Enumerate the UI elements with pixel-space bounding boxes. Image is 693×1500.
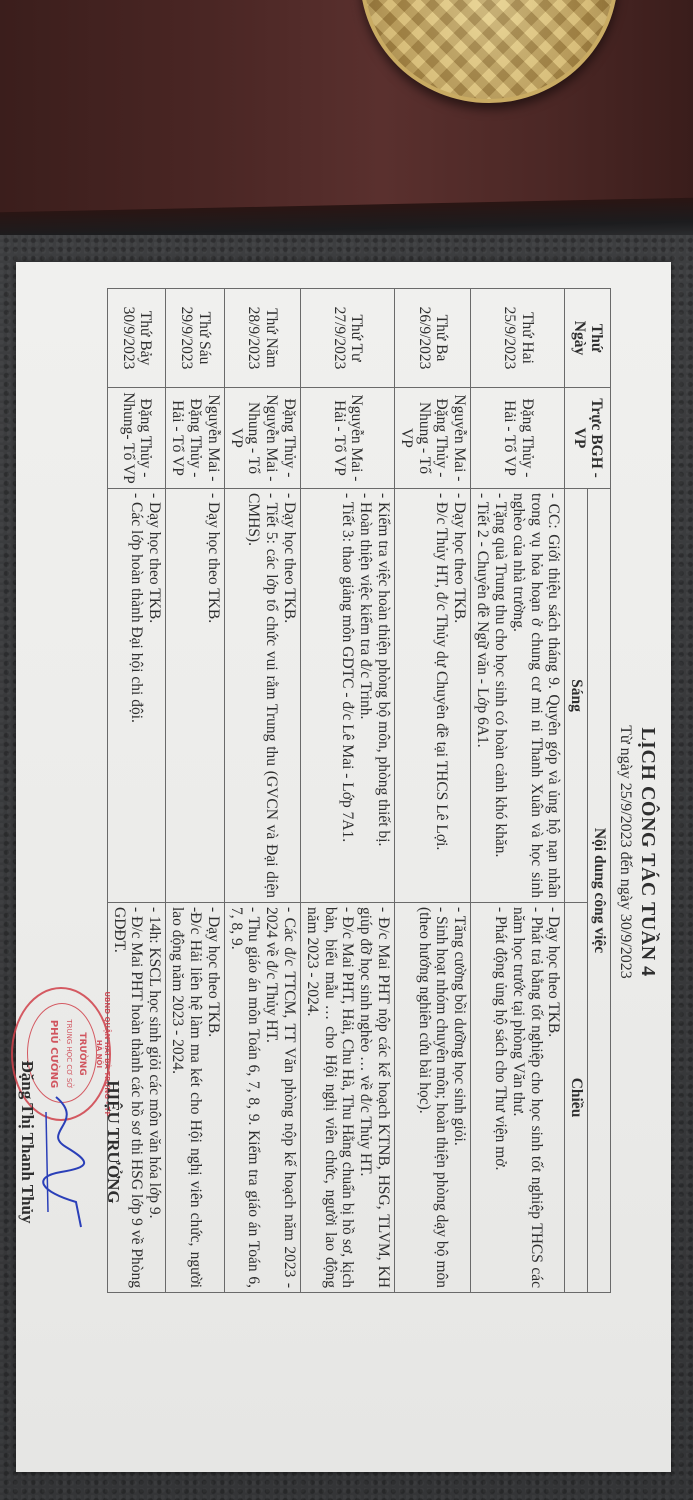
cell-duty: Đặng Thủy - Nhung- Tổ VP bbox=[107, 388, 165, 489]
cell-afternoon: - Đ/c Mai PHT nộp các kế hoạch KTNB, HSG… bbox=[301, 903, 395, 1293]
cell-day: Thứ Hai25/9/2023 bbox=[471, 289, 565, 388]
task-line: - Thu giáo án môn Toán 6, 7, 8, 9. Kiểm … bbox=[227, 907, 263, 1288]
paper-document-wrapper: LỊCH CÔNG TÁC TUẦN 4 Từ ngày 25/9/2023 đ… bbox=[16, 262, 671, 1472]
task-line: - Dạy học theo TKB. bbox=[204, 493, 222, 898]
day-date: 28/9/2023 bbox=[245, 293, 263, 383]
table-row: Thứ Sáu29/9/2023Nguyễn Mai - Đặng Thủy -… bbox=[166, 289, 224, 1293]
day-date: 26/9/2023 bbox=[415, 293, 433, 383]
task-line: - Tặng quà Trung thu cho học sinh có hoà… bbox=[491, 493, 509, 898]
cell-afternoon: - Dạy học theo TKB.-Đ/c Hải liên hệ làm … bbox=[166, 903, 224, 1293]
header-afternoon: Chiều bbox=[565, 903, 588, 1293]
signature-block: HIỆU TRƯỞNG Đặng Thị Thanh Thủy bbox=[17, 1012, 123, 1272]
task-line: - Dạy học theo TKB. bbox=[451, 493, 469, 898]
cell-morning: - Dạy học theo TKB.- Tiết 5: các lớp tổ … bbox=[224, 489, 300, 903]
cell-duty: Nguyễn Mai - Hải - Tổ VP bbox=[301, 388, 395, 489]
task-line: - 14h: KSCL học sinh giỏi các môn văn hó… bbox=[146, 907, 164, 1288]
title-block: LỊCH CÔNG TÁC TUẦN 4 Từ ngày 25/9/2023 đ… bbox=[616, 592, 659, 1112]
day-name: Thứ Tư bbox=[348, 293, 366, 383]
cell-duty: Nguyễn Mai - Đặng Thủy - Hải - Tổ VP bbox=[166, 388, 224, 489]
document-title: LỊCH CÔNG TÁC TUẦN 4 bbox=[636, 592, 659, 1112]
cell-day: Thứ Sáu29/9/2023 bbox=[166, 289, 224, 388]
task-line: - Phát động ủng hộ sách cho Thư viện mở. bbox=[491, 907, 509, 1288]
task-line: - CC: Giới thiệu sách tháng 9. Quyên góp… bbox=[509, 493, 562, 898]
task-line: - Dạy học theo TKB. bbox=[204, 907, 222, 1288]
day-date: 25/9/2023 bbox=[500, 293, 518, 383]
header-morning: Sáng bbox=[565, 489, 588, 903]
day-name: Thứ Sáu bbox=[195, 293, 213, 383]
task-line: - Tiết 3: thao giảng môn GDTC - đ/c Lê M… bbox=[339, 493, 357, 898]
task-line: -Đ/c Hải liên hệ làm ma két cho Hội nghị… bbox=[168, 907, 204, 1288]
day-date: 27/9/2023 bbox=[330, 293, 348, 383]
task-line: - Dạy học theo TKB. bbox=[146, 493, 164, 898]
task-line: - Hoàn thiện việc kiểm tra đ/c Trinh. bbox=[356, 493, 374, 898]
table-row: Thứ Tư27/9/2023Nguyễn Mai - Hải - Tổ VP-… bbox=[301, 289, 395, 1293]
signer-role: HIỆU TRƯỞNG bbox=[103, 1012, 123, 1272]
day-name: Thứ Bảy bbox=[137, 293, 155, 383]
day-date: 30/9/2023 bbox=[119, 293, 137, 383]
header-day-line2: Ngày bbox=[570, 293, 588, 383]
day-name: Thứ Hai bbox=[518, 293, 536, 383]
task-line: - Đ/c Thủy HT, đ/c Thủy dự Chuyên đề tại… bbox=[433, 493, 451, 898]
cell-duty: Đặng Thủy - Nguyễn Mai - Nhung - Tổ VP bbox=[224, 388, 300, 489]
table-header-row: Thứ Ngày Trực BGH - VP Nội dung công việ… bbox=[588, 289, 611, 1293]
cell-day: Thứ Tư27/9/2023 bbox=[301, 289, 395, 388]
schedule-body: Thứ Hai25/9/2023Đặng Thủy - Hải - Tổ VP-… bbox=[107, 289, 565, 1293]
cell-afternoon: - Dạy học theo TKB.- Phát trả bằng tốt n… bbox=[471, 903, 565, 1293]
header-day: Thứ Ngày bbox=[565, 289, 611, 388]
document-date-range: Từ ngày 25/9/2023 đến ngày 30/9/2023 bbox=[616, 592, 634, 1112]
table-row: Thứ Ba26/9/2023Nguyễn Mai - Đặng Thủy - … bbox=[395, 289, 471, 1293]
task-line: - Phát trả bằng tốt nghiệp cho học sinh … bbox=[509, 907, 545, 1288]
cell-morning: - Dạy học theo TKB. bbox=[166, 489, 224, 903]
cell-duty: Đặng Thủy - Hải - Tổ VP bbox=[471, 388, 565, 489]
task-line: - Dạy học theo TKB. bbox=[545, 907, 563, 1288]
cell-day: Thứ Năm28/9/2023 bbox=[224, 289, 300, 388]
task-line: - Dạy học theo TKB. bbox=[280, 493, 298, 898]
schedule-document: LỊCH CÔNG TÁC TUẦN 4 Từ ngày 25/9/2023 đ… bbox=[16, 262, 671, 1472]
day-name: Thứ Năm bbox=[262, 293, 280, 383]
day-name: Thứ Ba bbox=[433, 293, 451, 383]
cell-afternoon: - Tăng cường bồi dưỡng học sinh giỏi.- S… bbox=[395, 903, 471, 1293]
cell-morning: - CC: Giới thiệu sách tháng 9. Quyên góp… bbox=[471, 489, 565, 903]
table-row: Thứ Hai25/9/2023Đặng Thủy - Hải - Tổ VP-… bbox=[471, 289, 565, 1293]
task-line: - Tiết 5: các lớp tổ chức vui rằm Trung … bbox=[245, 493, 281, 898]
cell-morning: - Kiểm tra việc hoàn thiện phòng bộ môn,… bbox=[301, 489, 395, 903]
signer-name: Đặng Thị Thanh Thủy bbox=[17, 1012, 37, 1272]
cell-morning: - Dạy học theo TKB.- Đ/c Thủy HT, đ/c Th… bbox=[395, 489, 471, 903]
header-content: Nội dung công việc bbox=[588, 489, 611, 1293]
header-duty: Trực BGH - VP bbox=[565, 388, 611, 489]
task-line: - Kiểm tra việc hoàn thiện phòng bộ môn,… bbox=[374, 493, 392, 898]
task-line: - Đ/c Mai PHT nộp các kế hoạch KTNB, HSG… bbox=[356, 907, 392, 1288]
schedule-table: Thứ Ngày Trực BGH - VP Nội dung công việ… bbox=[107, 288, 611, 1293]
task-line: - Sinh hoạt nhóm chuyên môn; hoàn thiện … bbox=[415, 907, 451, 1288]
cell-day: Thứ Bảy30/9/2023 bbox=[107, 289, 165, 388]
cell-morning: - Dạy học theo TKB.- Các lớp hoàn thành … bbox=[107, 489, 165, 903]
task-line: - Tiết 2 - Chuyên đề Ngữ văn - Lớp 6A1. bbox=[473, 493, 491, 898]
task-line: - Các lớp hoàn thành Đại hội chi đội. bbox=[128, 493, 146, 898]
header-day-line1: Thứ bbox=[588, 293, 606, 383]
task-line: - Tăng cường bồi dưỡng học sinh giỏi. bbox=[451, 907, 469, 1288]
table-row: Thứ Năm28/9/2023Đặng Thủy - Nguyễn Mai -… bbox=[224, 289, 300, 1293]
cell-afternoon: - Các đ/c TTCM, TT Văn phòng nộp kế hoạc… bbox=[224, 903, 300, 1293]
task-line: - Đ/c Mai PHT, Hải, Chu Hà, Thu Hằng chu… bbox=[303, 907, 356, 1288]
cell-day: Thứ Ba26/9/2023 bbox=[395, 289, 471, 388]
cell-duty: Nguyễn Mai - Đặng Thủy - Nhung - Tổ VP bbox=[395, 388, 471, 489]
task-line: - Các đ/c TTCM, TT Văn phòng nộp kế hoạc… bbox=[262, 907, 298, 1288]
day-date: 29/9/2023 bbox=[177, 293, 195, 383]
